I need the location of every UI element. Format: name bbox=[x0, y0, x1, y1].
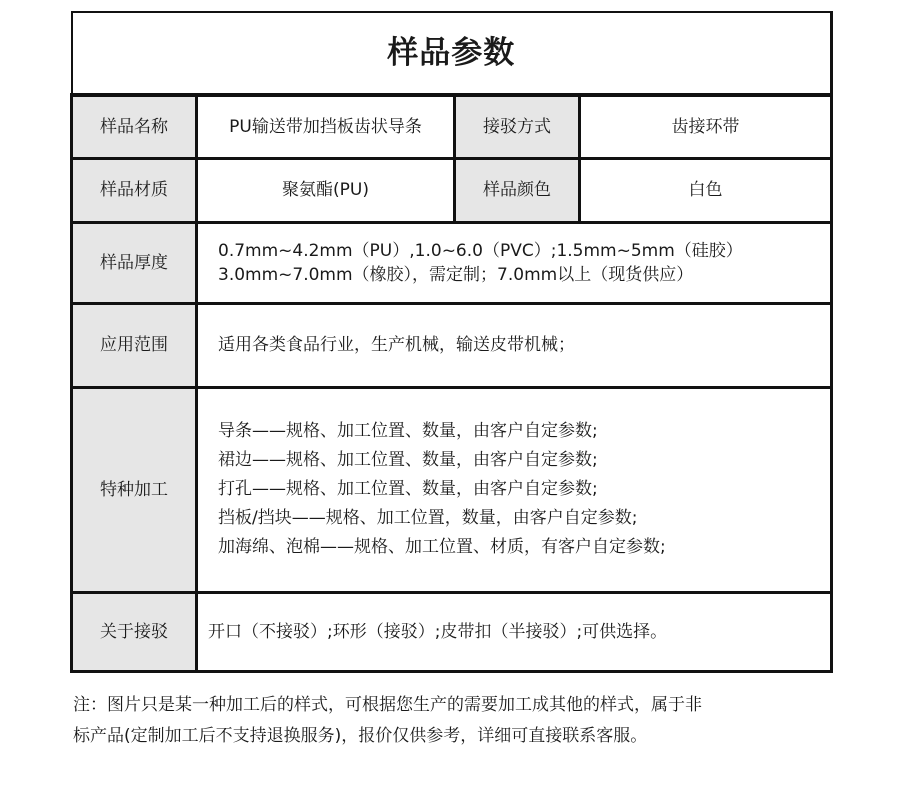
value-special-processing: 导条——规格、加工位置、数量，由客户自定参数; 裙边——规格、加工位置、数量，由… bbox=[197, 387, 832, 592]
value-application: 适用各类食品行业，生产机械，输送皮带机械； bbox=[197, 303, 832, 387]
value-joint-method: 齿接环带 bbox=[580, 95, 832, 158]
parameters-table: 样品参数 样品名称 PU输送带加挡板齿状导条 接驳方式 齿接环带 样品材质 聚氨… bbox=[70, 11, 833, 673]
table-row-thickness: 样品厚度 0.7mm~4.2mm（PU）,1.0~6.0（PVC）;1.5mm~… bbox=[72, 222, 832, 303]
footnote-line: 注：图片只是某一种加工后的样式，可根据您生产的需要加工成其他的样式，属于非 bbox=[73, 690, 833, 721]
table-row-application: 应用范围 适用各类食品行业，生产机械，输送皮带机械； bbox=[72, 303, 832, 387]
label-about-joint: 关于接驳 bbox=[72, 592, 197, 671]
label-application: 应用范围 bbox=[72, 303, 197, 387]
table-row-special-processing: 特种加工 导条——规格、加工位置、数量，由客户自定参数; 裙边——规格、加工位置… bbox=[72, 387, 832, 592]
label-color: 样品颜色 bbox=[455, 158, 580, 222]
label-sample-name: 样品名称 bbox=[72, 95, 197, 158]
value-thickness: 0.7mm~4.2mm（PU）,1.0~6.0（PVC）;1.5mm~5mm（硅… bbox=[197, 222, 832, 303]
label-material: 样品材质 bbox=[72, 158, 197, 222]
value-material: 聚氨酯(PU) bbox=[197, 158, 455, 222]
table-row-about-joint: 关于接驳 开口（不接驳）;环形（接驳）;皮带扣（半接驳）;可供选择。 bbox=[72, 592, 832, 671]
label-joint-method: 接驳方式 bbox=[455, 95, 580, 158]
sample-parameters-sheet: 样品参数 样品名称 PU输送带加挡板齿状导条 接驳方式 齿接环带 样品材质 聚氨… bbox=[70, 11, 830, 673]
footnote-line: 标产品(定制加工后不支持退换服务)，报价仅供参考，详细可直接联系客服。 bbox=[73, 721, 833, 752]
label-thickness: 样品厚度 bbox=[72, 222, 197, 303]
value-color: 白色 bbox=[580, 158, 832, 222]
label-special-processing: 特种加工 bbox=[72, 387, 197, 592]
table-title: 样品参数 bbox=[72, 12, 832, 95]
value-sample-name: PU输送带加挡板齿状导条 bbox=[197, 95, 455, 158]
processing-line: 加海绵、泡棉——规格、加工位置、材质，有客户自定参数; bbox=[218, 533, 830, 562]
processing-line: 挡板/挡块——规格、加工位置，数量，由客户自定参数; bbox=[218, 504, 830, 533]
title-row: 样品参数 bbox=[72, 12, 832, 95]
table-row-material: 样品材质 聚氨酯(PU) 样品颜色 白色 bbox=[72, 158, 832, 222]
table-row-name: 样品名称 PU输送带加挡板齿状导条 接驳方式 齿接环带 bbox=[72, 95, 832, 158]
processing-line: 导条——规格、加工位置、数量，由客户自定参数; bbox=[218, 417, 830, 446]
processing-line: 打孔——规格、加工位置、数量，由客户自定参数; bbox=[218, 475, 830, 504]
thickness-line: 3.0mm~7.0mm（橡胶），需定制；7.0mm以上（现货供应） bbox=[218, 263, 830, 287]
processing-line: 裙边——规格、加工位置、数量，由客户自定参数; bbox=[218, 446, 830, 475]
value-about-joint: 开口（不接驳）;环形（接驳）;皮带扣（半接驳）;可供选择。 bbox=[197, 592, 832, 671]
thickness-line: 0.7mm~4.2mm（PU）,1.0~6.0（PVC）;1.5mm~5mm（硅… bbox=[218, 239, 830, 263]
footnote: 注：图片只是某一种加工后的样式，可根据您生产的需要加工成其他的样式，属于非 标产… bbox=[73, 690, 833, 752]
